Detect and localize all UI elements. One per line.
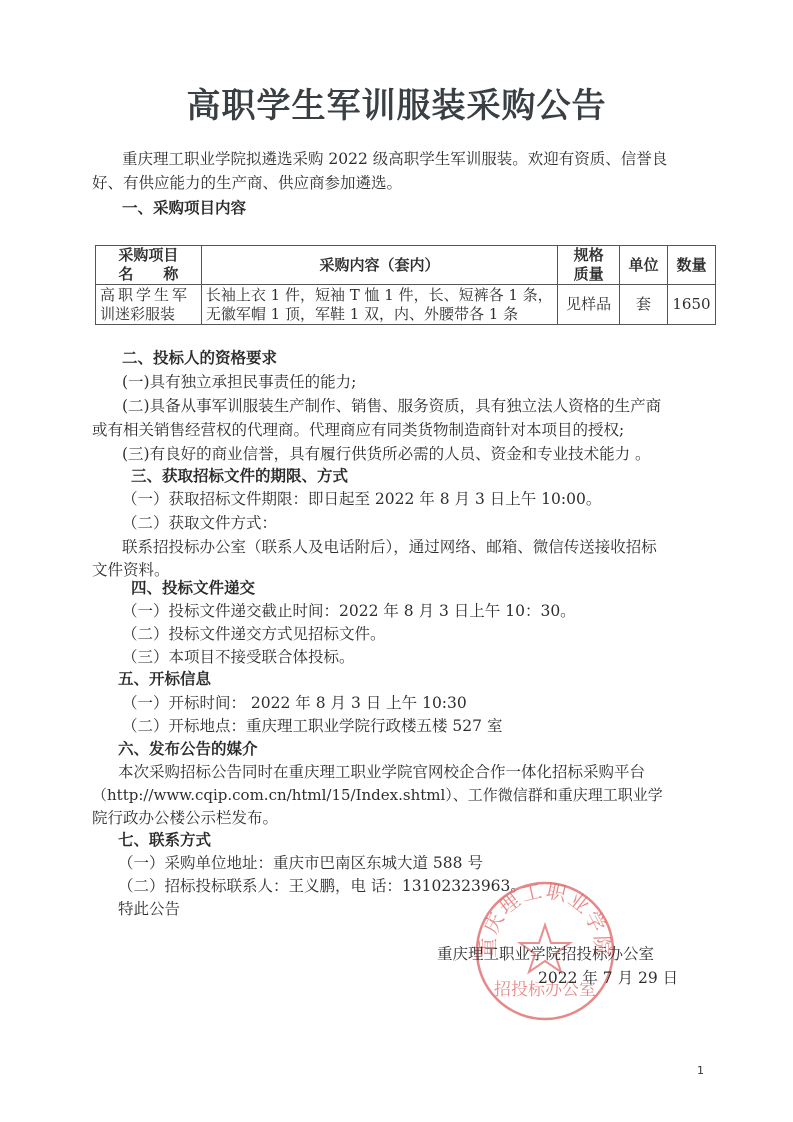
document-page: 高职学生军训服装采购公告 重庆理工职业学院拟遴选采购 2022 级高职学生军训服… xyxy=(0,0,793,1122)
section-heading-6: 六、发布公告的媒介 xyxy=(118,737,258,761)
section-heading-4: 四、投标文件递交 xyxy=(131,576,255,600)
s7-line-3: 特此公告 xyxy=(118,897,180,921)
s6-line-1: 本次采购招标公告同时在重庆理工职业学院官网校企合作一体化招标采购平台 xyxy=(118,760,645,784)
header-quantity: 数量 xyxy=(667,246,715,285)
cell-spec: 见样品 xyxy=(558,285,620,325)
s3-line-3: 联系招投标办公室（联系人及电话附后），通过网络、邮箱、微信传送接收招标 xyxy=(122,535,657,559)
procurement-table: 采购项目 名 称 采购内容（套内） 规格 质量 单位 数量 高职学生军 训迷彩服… xyxy=(95,245,716,325)
page-title: 高职学生军训服装采购公告 xyxy=(0,78,793,127)
s2-line-4: (三)有良好的商业信誉，具有履行供货所必需的人员、资金和专业技术能力 。 xyxy=(122,442,651,466)
section-heading-2: 二、投标人的资格要求 xyxy=(122,346,277,370)
cell-content: 长袖上衣 1 件，短袖 T 恤 1 件，长、短裤各 1 条， 无徽军帽 1 顶，… xyxy=(201,285,557,325)
s4-line-3: （三）本项目不接受联合体投标。 xyxy=(122,645,355,669)
s2-line-2: (二)具备从事军训服装生产制作、销售、服务资质，具有独立法人资格的生产商 xyxy=(122,394,661,418)
table-row: 高职学生军 训迷彩服装 长袖上衣 1 件，短袖 T 恤 1 件，长、短裤各 1 … xyxy=(96,285,716,325)
s3-line-2: （二）获取文件方式： xyxy=(122,511,277,535)
s7-line-2: （二）招标投标联系人：王义鹏，电 话：13102323963。 xyxy=(118,874,526,898)
s4-line-2: （二）投标文件递交方式见招标文件。 xyxy=(122,622,386,646)
cell-unit: 套 xyxy=(620,285,668,325)
signature-office: 重庆理工职业学院招投标办公室 xyxy=(437,942,654,964)
s4-line-1: （一）投标文件递交截止时间：2022 年 8 月 3 日上午 10：30。 xyxy=(122,599,576,623)
intro-line-2: 好、有供应能力的生产商、供应商参加遴选。 xyxy=(92,171,402,195)
section-heading-3: 三、获取招标文件的期限、方式 xyxy=(131,464,348,488)
page-number: 1 xyxy=(697,1064,704,1077)
header-spec: 规格 质量 xyxy=(558,246,620,285)
intro-line-1: 重庆理工职业学院拟遴选采购 2022 级高职学生军训服装。欢迎有资质、信誉良 xyxy=(122,147,667,171)
section-heading-1: 一、采购项目内容 xyxy=(122,196,246,220)
section-heading-5: 五、开标信息 xyxy=(118,667,211,691)
s6-line-3: 院行政办公楼公示栏发布。 xyxy=(92,806,278,830)
s5-line-1: （一）开标时间： 2022 年 8 月 3 日 上午 10:30 xyxy=(122,691,467,715)
header-unit: 单位 xyxy=(620,246,668,285)
s6-line-2: （http://www.cqip.com.cn/html/15/Index.sh… xyxy=(92,783,663,807)
table-header-row: 采购项目 名 称 采购内容（套内） 规格 质量 单位 数量 xyxy=(96,246,716,285)
s5-line-2: （二）开标地点：重庆理工职业学院行政楼五楼 527 室 xyxy=(122,714,502,738)
section-heading-7: 七、联系方式 xyxy=(118,828,211,852)
signature-date: 2022 年 7 月 29 日 xyxy=(538,966,678,988)
s2-line-3: 或有相关销售经营权的代理商。代理商应有同类货物制造商针对本项目的授权; xyxy=(92,418,624,442)
s7-line-1: （一）采购单位地址：重庆市巴南区东城大道 588 号 xyxy=(118,851,483,875)
header-item-name: 采购项目 名 称 xyxy=(96,246,202,285)
cell-quantity: 1650 xyxy=(667,285,715,325)
cell-item-name: 高职学生军 训迷彩服装 xyxy=(96,285,202,325)
header-content: 采购内容（套内） xyxy=(201,246,557,285)
s3-line-1: （一）获取招标文件期限：即日起至 2022 年 8 月 3 日上午 10:00。 xyxy=(122,487,601,511)
s2-line-1: (一)具有独立承担民事责任的能力; xyxy=(122,370,356,394)
